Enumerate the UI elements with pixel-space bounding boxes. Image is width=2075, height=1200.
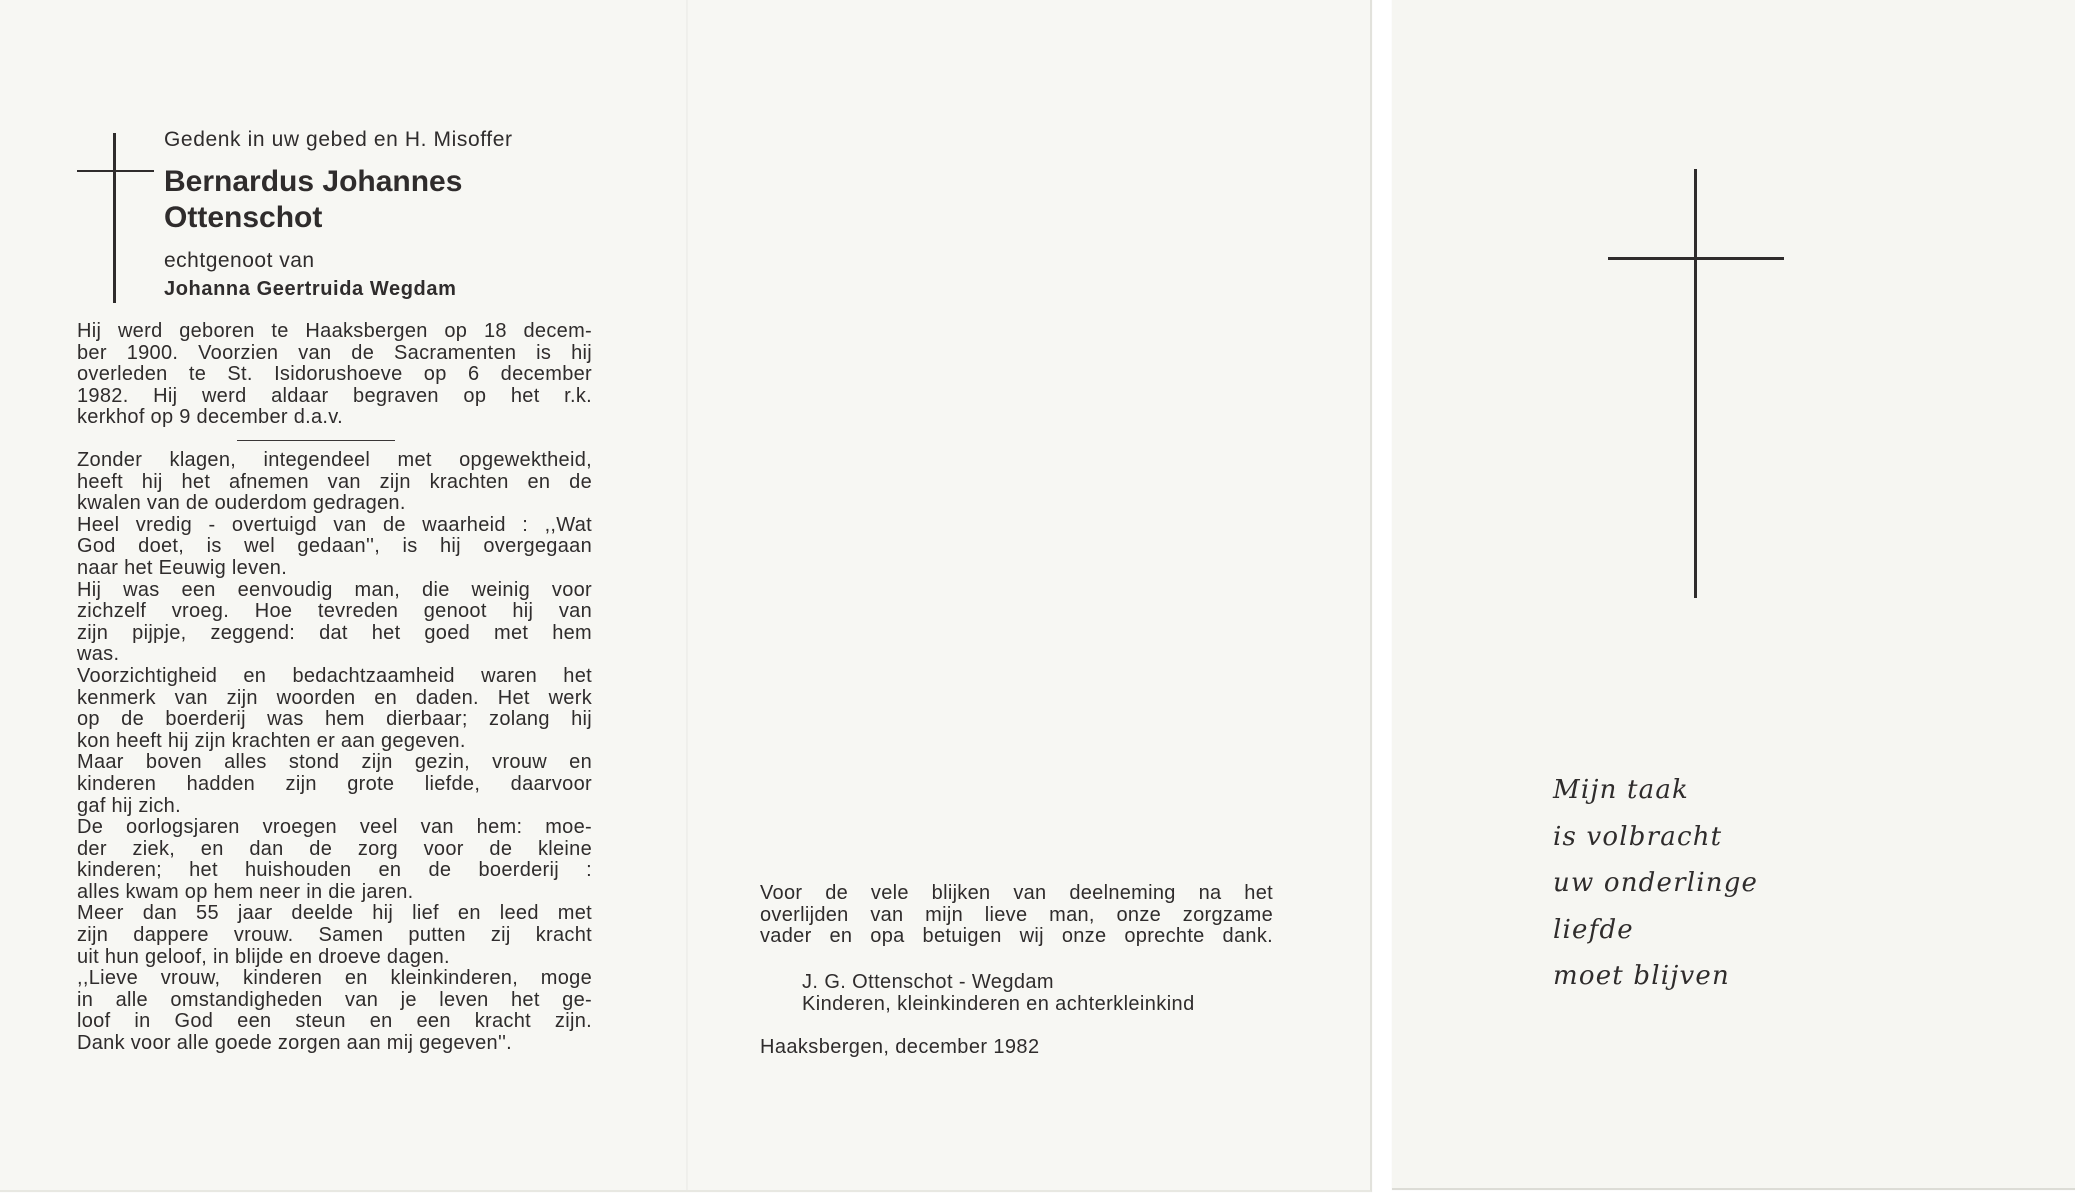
deceased-name-line: Ottenschot [164, 200, 462, 236]
signature-line: Kinderen, kleinkinderen en achterkleinki… [802, 994, 1195, 1016]
tribute-line: Heel vredig - overtuigd van de waarheid … [77, 515, 592, 537]
fold-line [686, 0, 688, 1190]
poem-line: Mijn taak [1553, 767, 1758, 814]
tribute-line: kon heeft hij zijn krachten er aan gegev… [77, 731, 592, 753]
tribute-line: naar het Eeuwig leven. [77, 558, 592, 580]
tribute-line: God doet, is wel gedaan'', is hij overge… [77, 536, 592, 558]
tribute-line: heeft hij het afnemen van zijn krachten … [77, 472, 592, 494]
deceased-name-line: Bernardus Johannes [164, 164, 462, 200]
tribute-line: alles kwam op hem neer in die jaren. [77, 882, 592, 904]
tribute-line: uit hun geloof, in blijde en droeve dage… [77, 947, 592, 969]
tribute-line: op de boerderij was hem dierbaar; zolang… [77, 709, 592, 731]
spouse-name: Johanna Geertruida Wegdam [164, 278, 456, 301]
thanks-line: vader en opa betuigen wij onze oprechte … [760, 926, 1273, 948]
tribute-line: kinderen; het huishouden en de boerderij… [77, 860, 592, 882]
thank-you-paragraph: Voor de vele blijken van deelneming na h… [760, 883, 1273, 948]
thanks-line: Voor de vele blijken van deelneming na h… [760, 883, 1273, 905]
signature-line: J. G. Ottenschot - Wegdam [802, 972, 1195, 994]
tribute-line: Meer dan 55 jaar deelde hij lief en leed… [77, 903, 592, 925]
spouse-label: echtgenoot van [164, 249, 315, 273]
tribute-text: Zonder klagen, integendeel met opgewekth… [77, 450, 592, 1055]
separator-line [237, 440, 395, 441]
tribute-line: zijn pijpje, zeggend: dat het goed met h… [77, 623, 592, 645]
biography-line: 1982. Hij werd aldaar begraven op het r.… [77, 386, 592, 408]
place-and-date: Haaksbergen, december 1982 [760, 1036, 1039, 1059]
cross-vertical-bar [1694, 169, 1697, 598]
tribute-line: Zonder klagen, integendeel met opgewekth… [77, 450, 592, 472]
poem-line: is volbracht [1553, 814, 1758, 861]
tribute-line: kwalen van de ouderdom gedragen. [77, 493, 592, 515]
poem-line: uw onderlinge [1553, 860, 1758, 907]
tribute-line: kenmerk van zijn woorden en daden. Het w… [77, 688, 592, 710]
tribute-line: loof in God een steun en een kracht zijn… [77, 1011, 592, 1033]
thanks-line: overlijden van mijn lieve man, onze zorg… [760, 905, 1273, 927]
tribute-line: Maar boven alles stond zijn gezin, vrouw… [77, 752, 592, 774]
prayer-line: Gedenk in uw gebed en H. Misoffer [164, 128, 513, 152]
biography-line: overleden te St. Isidorushoeve op 6 dece… [77, 364, 592, 386]
poem-line: moet blijven [1553, 953, 1758, 1000]
cross-vertical-bar [113, 133, 116, 303]
tribute-line: kinderen hadden zijn grote liefde, daarv… [77, 774, 592, 796]
signatures: J. G. Ottenschot - Wegdam Kinderen, klei… [802, 972, 1195, 1015]
tribute-line: der ziek, en dan de zorg voor de kleine [77, 839, 592, 861]
poem: Mijn taakis volbrachtuw onderlingeliefde… [1553, 767, 1758, 1000]
memorial-card-front [1392, 0, 2075, 1190]
biography-paragraph: Hij werd geboren te Haaksbergen op 18 de… [77, 321, 592, 429]
tribute-line: zijn dappere vrouw. Samen putten zij kra… [77, 925, 592, 947]
deceased-name: Bernardus Johannes Ottenschot [164, 164, 462, 236]
tribute-line: Dank voor alle goede zorgen aan mij gege… [77, 1033, 592, 1055]
biography-line: Hij werd geboren te Haaksbergen op 18 de… [77, 321, 592, 343]
cross-horizontal-bar [1608, 257, 1784, 260]
tribute-line: De oorlogsjaren vroegen veel van hem: mo… [77, 817, 592, 839]
tribute-line: was. [77, 644, 592, 666]
tribute-line: Voorzichtigheid en bedachtzaamheid waren… [77, 666, 592, 688]
tribute-line: Hij was een eenvoudig man, die weinig vo… [77, 580, 592, 602]
tribute-line: gaf hij zich. [77, 796, 592, 818]
tribute-line: in alle omstandigheden van je leven het … [77, 990, 592, 1012]
biography-line: ber 1900. Voorzien van de Sacramenten is… [77, 343, 592, 365]
tribute-line: zichzelf vroeg. Hoe tevreden genoot hij … [77, 601, 592, 623]
cross-horizontal-bar [77, 170, 154, 172]
tribute-line: ,,Lieve vrouw, kinderen en kleinkinderen… [77, 968, 592, 990]
biography-line: kerkhof op 9 december d.a.v. [77, 407, 592, 429]
poem-line: liefde [1553, 907, 1758, 954]
